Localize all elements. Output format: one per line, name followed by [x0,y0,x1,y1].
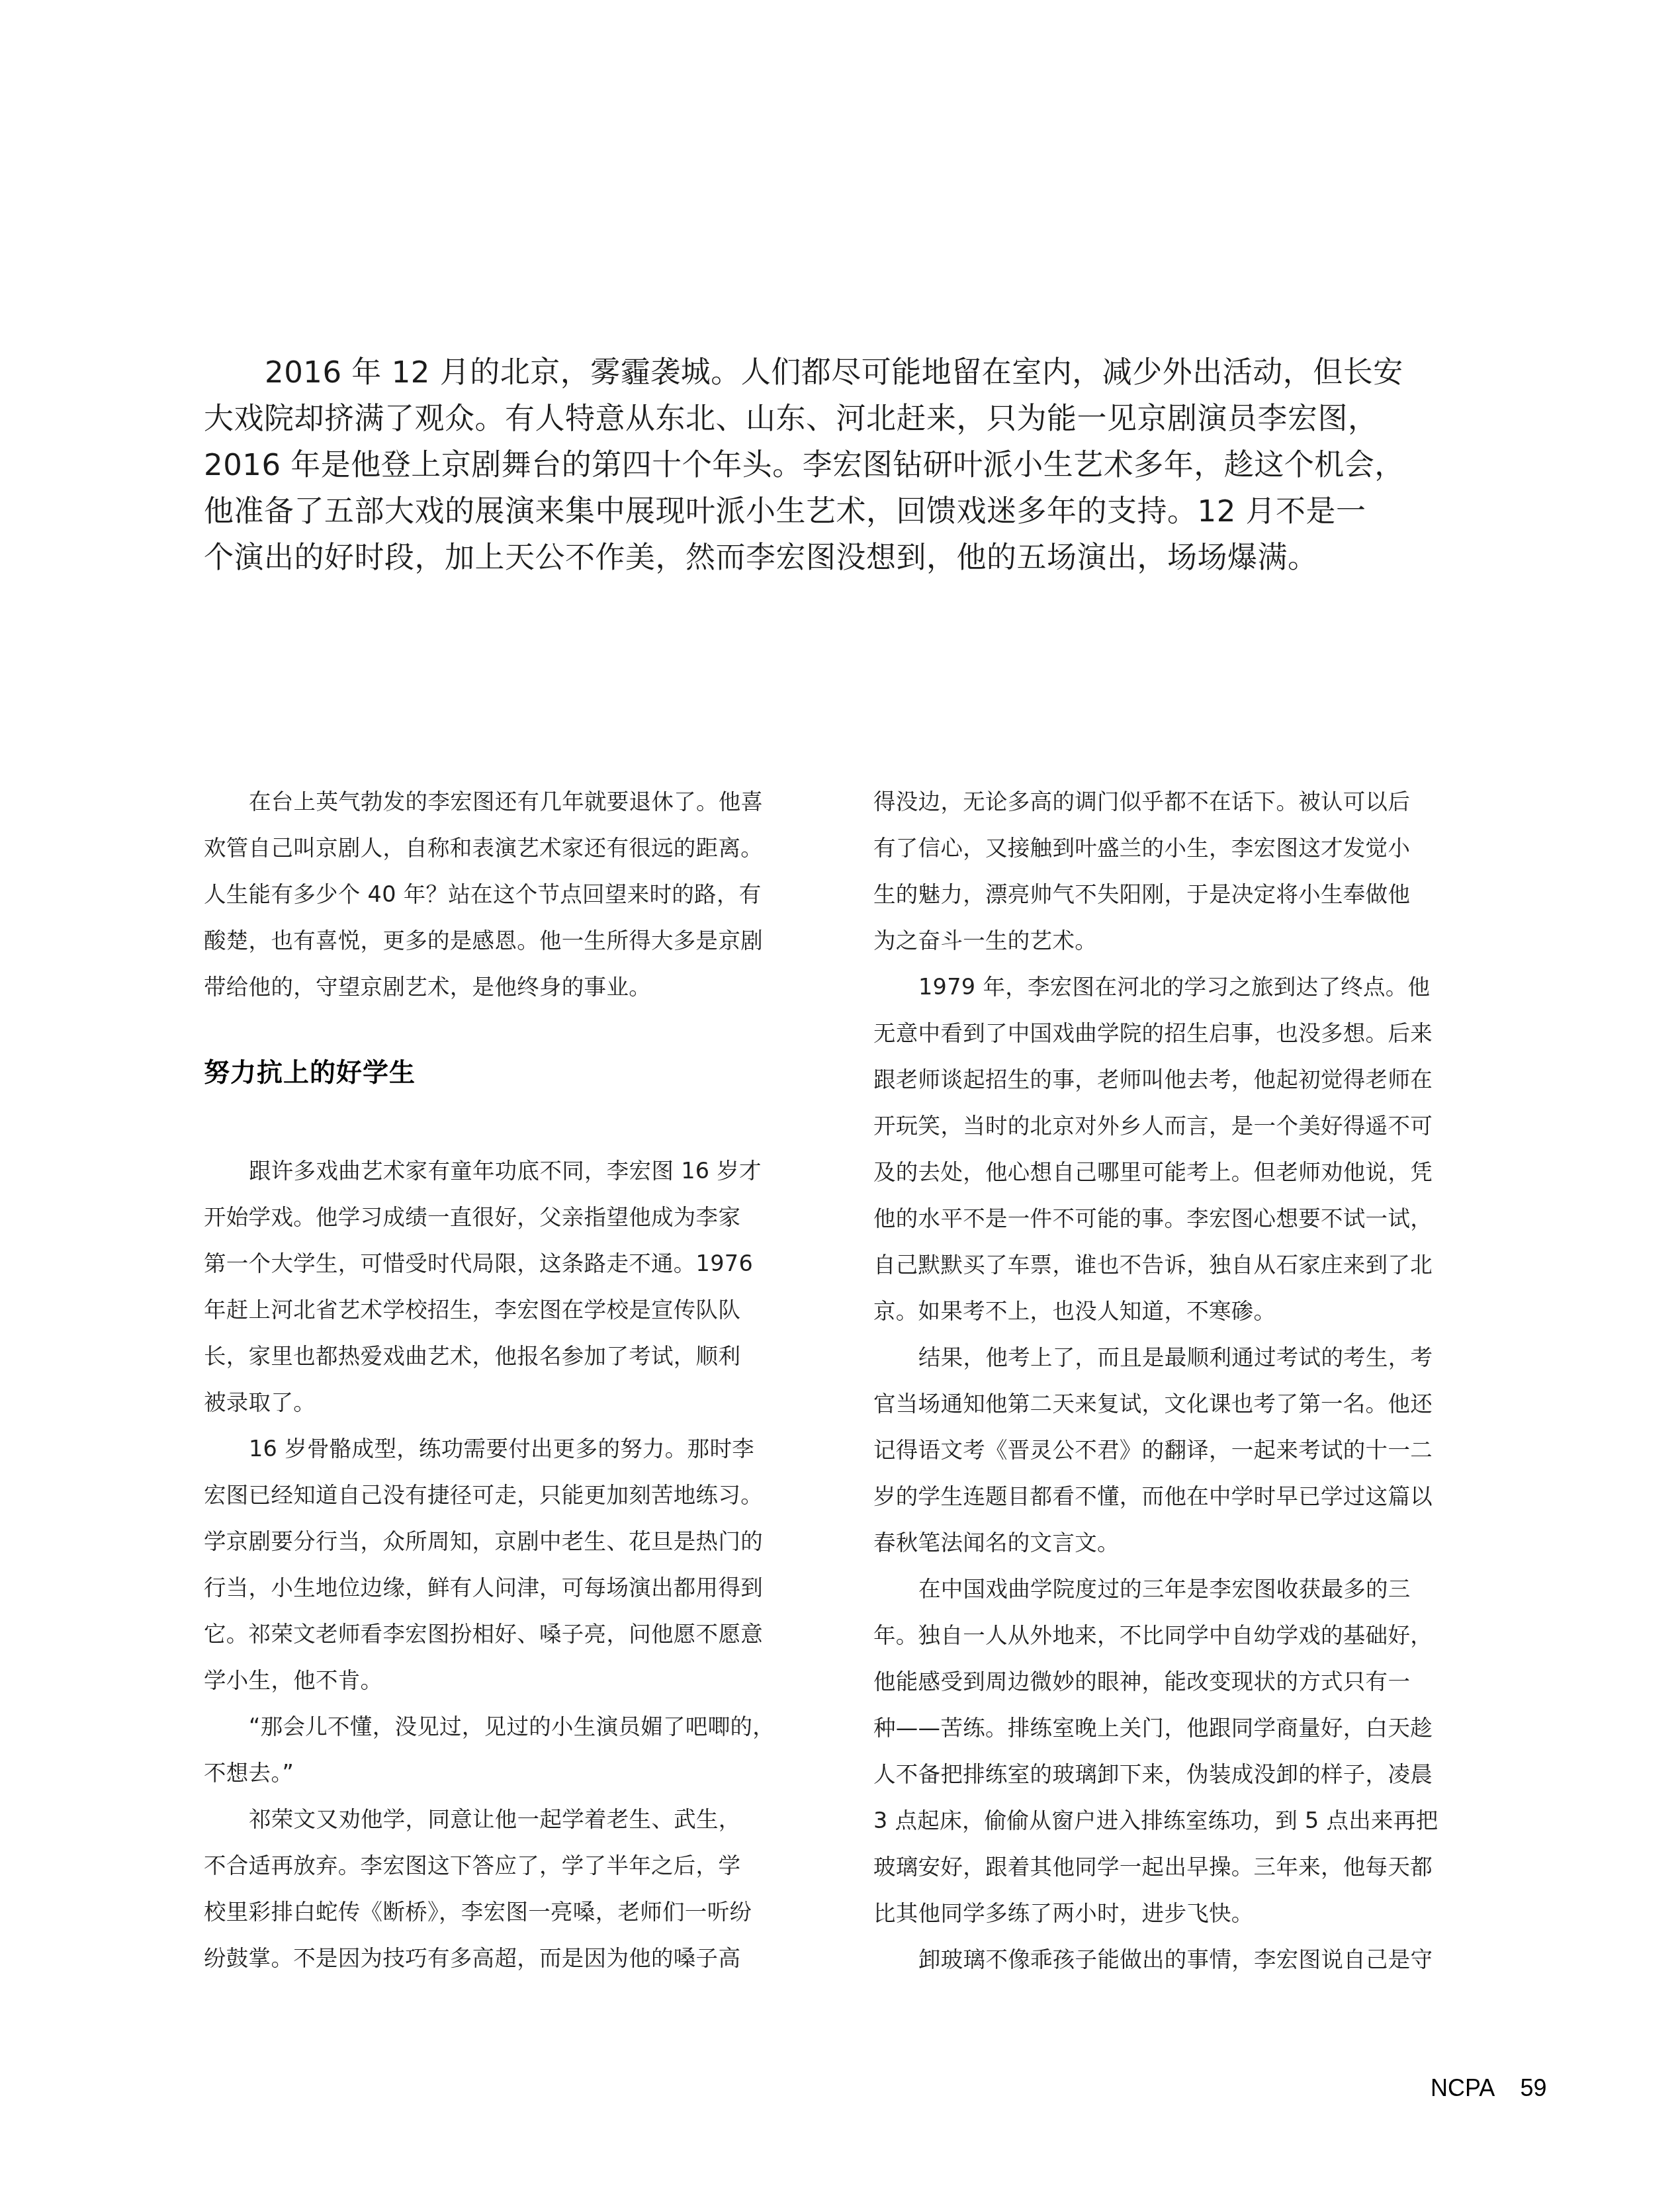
body-line: 长，家里也都热爱戏曲艺术，他报名参加了考试，顺利 [204,1333,839,1379]
body-line: 不合适再放弃。李宏图这下答应了，学了半年之后，学 [204,1843,839,1889]
body-line: 年。独自一人从外地来，不比同学中自幼学戏的基础好， [873,1612,1509,1659]
body-line: 比其他同学多练了两小时，进步飞快。 [873,1890,1509,1937]
lead-line: 个演出的好时段，加上天公不作美，然而李宏图没想到，他的五场演出，场场爆满。 [204,535,1567,581]
body-line: 纷鼓掌。不是因为技巧有多高超，而是因为他的嗓子高 [204,1935,839,1982]
body-line: 及的去处，他心想自己哪里可能考上。但老师劝他说，凭 [873,1149,1509,1196]
body-line: 行当，小生地位边缘，鲜有人问津，可每场演出都用得到 [204,1565,839,1611]
body-line: 种——苦练。排练室晚上关门，他跟同学商量好，白天趁 [873,1705,1509,1751]
body-line: 跟老师谈起招生的事，老师叫他去考，他起初觉得老师在 [873,1057,1509,1103]
right-column: 得没边，无论多高的调门似乎都不在话下。被认可以后 有了信心，又接触到叶盛兰的小生… [873,779,1509,1983]
quote-line: “那会儿不懂，没见过，见过的小生演员媚了吧唧的， [204,1704,839,1750]
body-line: 年赶上河北省艺术学校招生，李宏图在学校是宣传队队 [204,1287,839,1333]
body-line: 得没边，无论多高的调门似乎都不在话下。被认可以后 [873,779,1509,825]
left-column-intro: 在台上英气勃发的李宏图还有几年就要退休了。他喜 欢管自己叫京剧人，自称和表演艺术… [204,779,839,1010]
body-line: 带给他的，守望京剧艺术，是他终身的事业。 [204,964,839,1010]
body-line: 春秋笔法闻名的文言文。 [873,1520,1509,1566]
body-line: 学小生，他不肯。 [204,1657,839,1704]
body-line: 自己默默买了车票，谁也不告诉，独自从石家庄来到了北 [873,1242,1509,1288]
body-line: 人不备把排练室的玻璃卸下来，伪装成没卸的样子，凌晨 [873,1751,1509,1798]
lead-line: 大戏院却挤满了观众。有人特意从东北、山东、河北赶来，只为能一见京剧演员李宏图， [204,396,1567,442]
section-heading: 努力抗上的好学生 [204,1052,416,1089]
body-line: 祁荣文又劝他学，同意让他一起学着老生、武生， [204,1796,839,1843]
body-line: 记得语文考《晋灵公不君》的翻译，一起来考试的十一二 [873,1427,1509,1473]
body-line: 玻璃安好，跟着其他同学一起出早操。三年来，他每天都 [873,1844,1509,1890]
page-number: 59 [1520,2074,1546,2101]
body-line: 生的魅力，漂亮帅气不失阳刚，于是决定将小生奉做他 [873,871,1509,918]
lead-line: 2016 年 12 月的北京，雾霾袭城。人们都尽可能地留在室内，减少外出活动，但… [204,349,1567,396]
body-line: 人生能有多少个 40 年？站在这个节点回望来时的路，有 [204,871,839,918]
body-line: 欢管自己叫京剧人，自称和表演艺术家还有很远的距离。 [204,825,839,871]
body-line: 开玩笑，当时的北京对外乡人而言，是一个美好得遥不可 [873,1103,1509,1149]
body-line: 它。祁荣文老师看李宏图扮相好、嗓子亮，问他愿不愿意 [204,1611,839,1657]
body-line: 在中国戏曲学院度过的三年是李宏图收获最多的三 [873,1566,1509,1612]
body-line: 无意中看到了中国戏曲学院的招生启事，也没多想。后来 [873,1010,1509,1057]
body-line: 学京剧要分行当，众所周知，京剧中老生、花旦是热门的 [204,1518,839,1565]
body-line: 在台上英气勃发的李宏图还有几年就要退休了。他喜 [204,779,839,825]
publication-name: NCPA [1431,2074,1493,2101]
body-line: 1979 年，李宏图在河北的学习之旅到达了终点。他 [873,964,1509,1010]
body-line: 他的水平不是一件不可能的事。李宏图心想要不试一试， [873,1196,1509,1242]
body-line: 校里彩排白蛇传《断桥》，李宏图一亮嗓，老师们一听纷 [204,1889,839,1935]
body-line: 3 点起床，偷偷从窗户进入排练室练功，到 5 点出来再把 [873,1798,1509,1844]
body-line: 跟许多戏曲艺术家有童年功底不同，李宏图 16 岁才 [204,1148,839,1194]
body-line: 他能感受到周边微妙的眼神，能改变现状的方式只有一 [873,1659,1509,1705]
body-line: 开始学戏。他学习成绩一直很好，父亲指望他成为李家 [204,1194,839,1241]
lead-line: 2016 年是他登上京剧舞台的第四十个年头。李宏图钻研叶派小生艺术多年，趁这个机… [204,442,1567,488]
page-footer: NCPA 59 [1431,2074,1546,2102]
body-line: 官当场通知他第二天来复试，文化课也考了第一名。他还 [873,1381,1509,1427]
body-line: 宏图已经知道自己没有捷径可走，只能更加刻苦地练习。 [204,1472,839,1518]
lead-paragraph: 2016 年 12 月的北京，雾霾袭城。人们都尽可能地留在室内，减少外出活动，但… [204,349,1567,581]
body-line: 卸玻璃不像乖孩子能做出的事情，李宏图说自己是守 [873,1937,1509,1983]
body-line: 16 岁骨骼成型，练功需要付出更多的努力。那时李 [204,1426,839,1472]
body-line: 结果，他考上了，而且是最顺利通过考试的考生，考 [873,1335,1509,1381]
left-column-section: 跟许多戏曲艺术家有童年功底不同，李宏图 16 岁才 开始学戏。他学习成绩一直很好… [204,1148,839,1982]
lead-line: 他准备了五部大戏的展演来集中展现叶派小生艺术，回馈戏迷多年的支持。12 月不是一 [204,488,1567,535]
body-line: 酸楚，也有喜悦，更多的是感恩。他一生所得大多是京剧 [204,918,839,964]
body-line: 有了信心，又接触到叶盛兰的小生，李宏图这才发觉小 [873,825,1509,871]
body-line: 京。如果考不上，也没人知道，不寒碜。 [873,1288,1509,1335]
body-line: 为之奋斗一生的艺术。 [873,918,1509,964]
body-line: 被录取了。 [204,1379,839,1426]
body-line: 第一个大学生，可惜受时代局限，这条路走不通。1976 [204,1241,839,1287]
body-line: 岁的学生连题目都看不懂，而他在中学时早已学过这篇以 [873,1473,1509,1520]
quote-line: 不想去。” [204,1750,839,1796]
